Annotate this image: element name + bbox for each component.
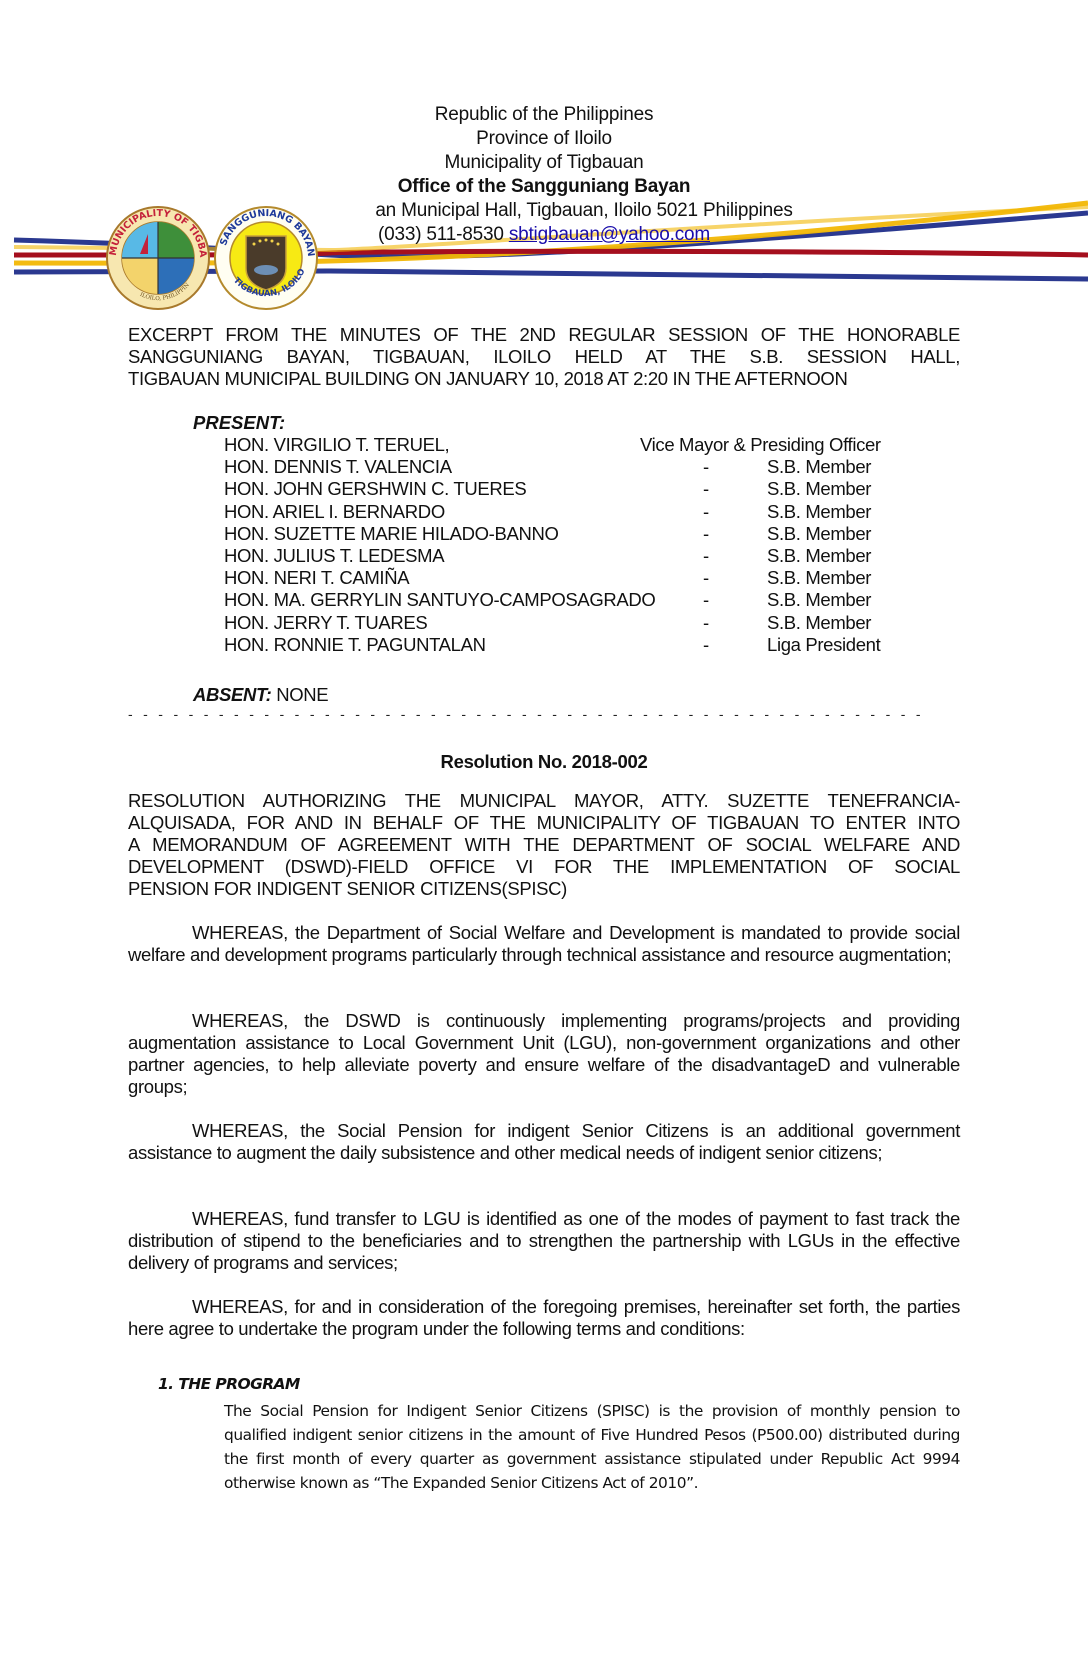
- letterhead-office: Office of the Sangguniang Bayan: [0, 175, 1088, 199]
- excerpt-line-1: EXCERPT FROM THE MINUTES OF THE 2ND REGU…: [128, 324, 960, 346]
- attendance-row: HON. DENNIS T. VALENCIA-S.B. Member: [224, 456, 924, 478]
- section-heading-program: 1. THE PROGRAM: [158, 1375, 300, 1393]
- document-page: MUNICIPALITY OF TIGBAUAN ILOILO, PHILIPP…: [0, 0, 1088, 1664]
- member-role: S.B. Member: [767, 501, 871, 523]
- section-divider: - - - - - - - - - - - - - - - - - - - - …: [128, 706, 928, 722]
- member-role: S.B. Member: [767, 567, 871, 589]
- letterhead-contact: (033) 511-8530 sbtigbauan@yahoo.com: [0, 223, 1088, 247]
- attendance-row: HON. VIRGILIO T. TERUEL,Vice Mayor & Pre…: [224, 434, 924, 456]
- member-name: HON. NERI T. CAMIÑA: [224, 567, 409, 589]
- address-text: an Municipal Hall, Tigbauan, Iloilo 5021…: [375, 200, 792, 221]
- member-name: HON. JERRY T. TUARES: [224, 612, 427, 634]
- whereas-clause: WHEREAS, the Department of Social Welfar…: [128, 922, 960, 966]
- letterhead-province: Province of Iloilo: [0, 127, 1088, 151]
- member-separator: -: [703, 501, 709, 523]
- member-name: HON. RONNIE T. PAGUNTALAN: [224, 634, 486, 656]
- member-separator: -: [703, 545, 709, 567]
- attendance-row: HON. RONNIE T. PAGUNTALAN-Liga President: [224, 634, 924, 656]
- member-separator: -: [703, 478, 709, 500]
- member-name: HON. JOHN GERSHWIN C. TUERES: [224, 478, 526, 500]
- absent-label: ABSENT:: [193, 684, 271, 705]
- attendance-row: HON. SUZETTE MARIE HILADO-BANNO-S.B. Mem…: [224, 523, 924, 545]
- absent-line: ABSENT: NONE: [193, 684, 328, 706]
- whereas-clause: WHEREAS, for and in consideration of the…: [128, 1296, 960, 1340]
- member-name: HON. SUZETTE MARIE HILADO-BANNO: [224, 523, 559, 545]
- attendance-row: HON. JULIUS T. LEDESMA-S.B. Member: [224, 545, 924, 567]
- whereas-clause: WHEREAS, the DSWD is continuously implem…: [128, 1010, 960, 1098]
- member-name: HON. VIRGILIO T. TERUEL,: [224, 434, 449, 456]
- member-name: HON. DENNIS T. VALENCIA: [224, 456, 452, 478]
- letterhead-address: an Municipal Hall, Tigbauan, Iloilo 5021…: [40, 199, 1088, 223]
- whereas-clause: WHEREAS, the Social Pension for indigent…: [128, 1120, 960, 1164]
- attendance-row: HON. MA. GERRYLIN SANTUYO-CAMPOSAGRADO-S…: [224, 589, 924, 611]
- member-role: S.B. Member: [767, 612, 871, 634]
- member-role: S.B. Member: [767, 478, 871, 500]
- whereas-clause: WHEREAS, fund transfer to LGU is identif…: [128, 1208, 960, 1274]
- member-role: S.B. Member: [767, 545, 871, 567]
- member-separator: -: [703, 634, 709, 656]
- email-link[interactable]: sbtigbauan@yahoo.com: [509, 224, 710, 245]
- section-body-program: The Social Pension for Indigent Senior C…: [224, 1399, 960, 1495]
- member-name: HON. JULIUS T. LEDESMA: [224, 545, 444, 567]
- member-name: HON. MA. GERRYLIN SANTUYO-CAMPOSAGRADO: [224, 589, 655, 611]
- absent-value: NONE: [271, 684, 328, 705]
- member-separator: -: [703, 456, 709, 478]
- attendance-row: HON. JERRY T. TUARES-S.B. Member: [224, 612, 924, 634]
- attendance-row: HON. NERI T. CAMIÑA-S.B. Member: [224, 567, 924, 589]
- member-name: HON. ARIEL I. BERNARDO: [224, 501, 445, 523]
- member-separator: -: [703, 523, 709, 545]
- attendance-row: HON. JOHN GERSHWIN C. TUERES-S.B. Member: [224, 478, 924, 500]
- phone-number: (033) 511-8530: [378, 224, 504, 245]
- present-label: PRESENT:: [193, 412, 285, 434]
- member-role: S.B. Member: [767, 589, 871, 611]
- resolution-title-line-3: A MEMORANDUM OF AGREEMENT WITH THE DEPAR…: [128, 834, 960, 856]
- attendance-roster: HON. VIRGILIO T. TERUEL,Vice Mayor & Pre…: [224, 434, 924, 656]
- member-role: S.B. Member: [767, 523, 871, 545]
- excerpt-line-3: TIGBAUAN MUNICIPAL BUILDING ON JANUARY 1…: [128, 368, 960, 390]
- resolution-title-line-5: PENSION FOR INDIGENT SENIOR CITIZENS(SPI…: [128, 878, 960, 900]
- member-separator: -: [703, 612, 709, 634]
- resolution-title-line-4: DEVELOPMENT (DSWD)-FIELD OFFICE VI FOR T…: [128, 856, 960, 878]
- resolution-number: Resolution No. 2018-002: [0, 751, 1088, 773]
- resolution-title-line-1: RESOLUTION AUTHORIZING THE MUNICIPAL MAY…: [128, 790, 960, 812]
- member-role: Liga President: [767, 634, 880, 656]
- letterhead-municipality: Municipality of Tigbauan: [0, 151, 1088, 175]
- member-role: S.B. Member: [767, 456, 871, 478]
- letterhead-republic: Republic of the Philippines: [0, 103, 1088, 127]
- member-role: Vice Mayor & Presiding Officer: [640, 434, 881, 456]
- attendance-row: HON. ARIEL I. BERNARDO-S.B. Member: [224, 501, 924, 523]
- resolution-title-line-2: ALQUISADA, FOR AND IN BEHALF OF THE MUNI…: [128, 812, 960, 834]
- excerpt-line-2: SANGGUNIANG BAYAN, TIGBAUAN, ILOILO HELD…: [128, 346, 960, 368]
- member-separator: -: [703, 567, 709, 589]
- member-separator: -: [703, 589, 709, 611]
